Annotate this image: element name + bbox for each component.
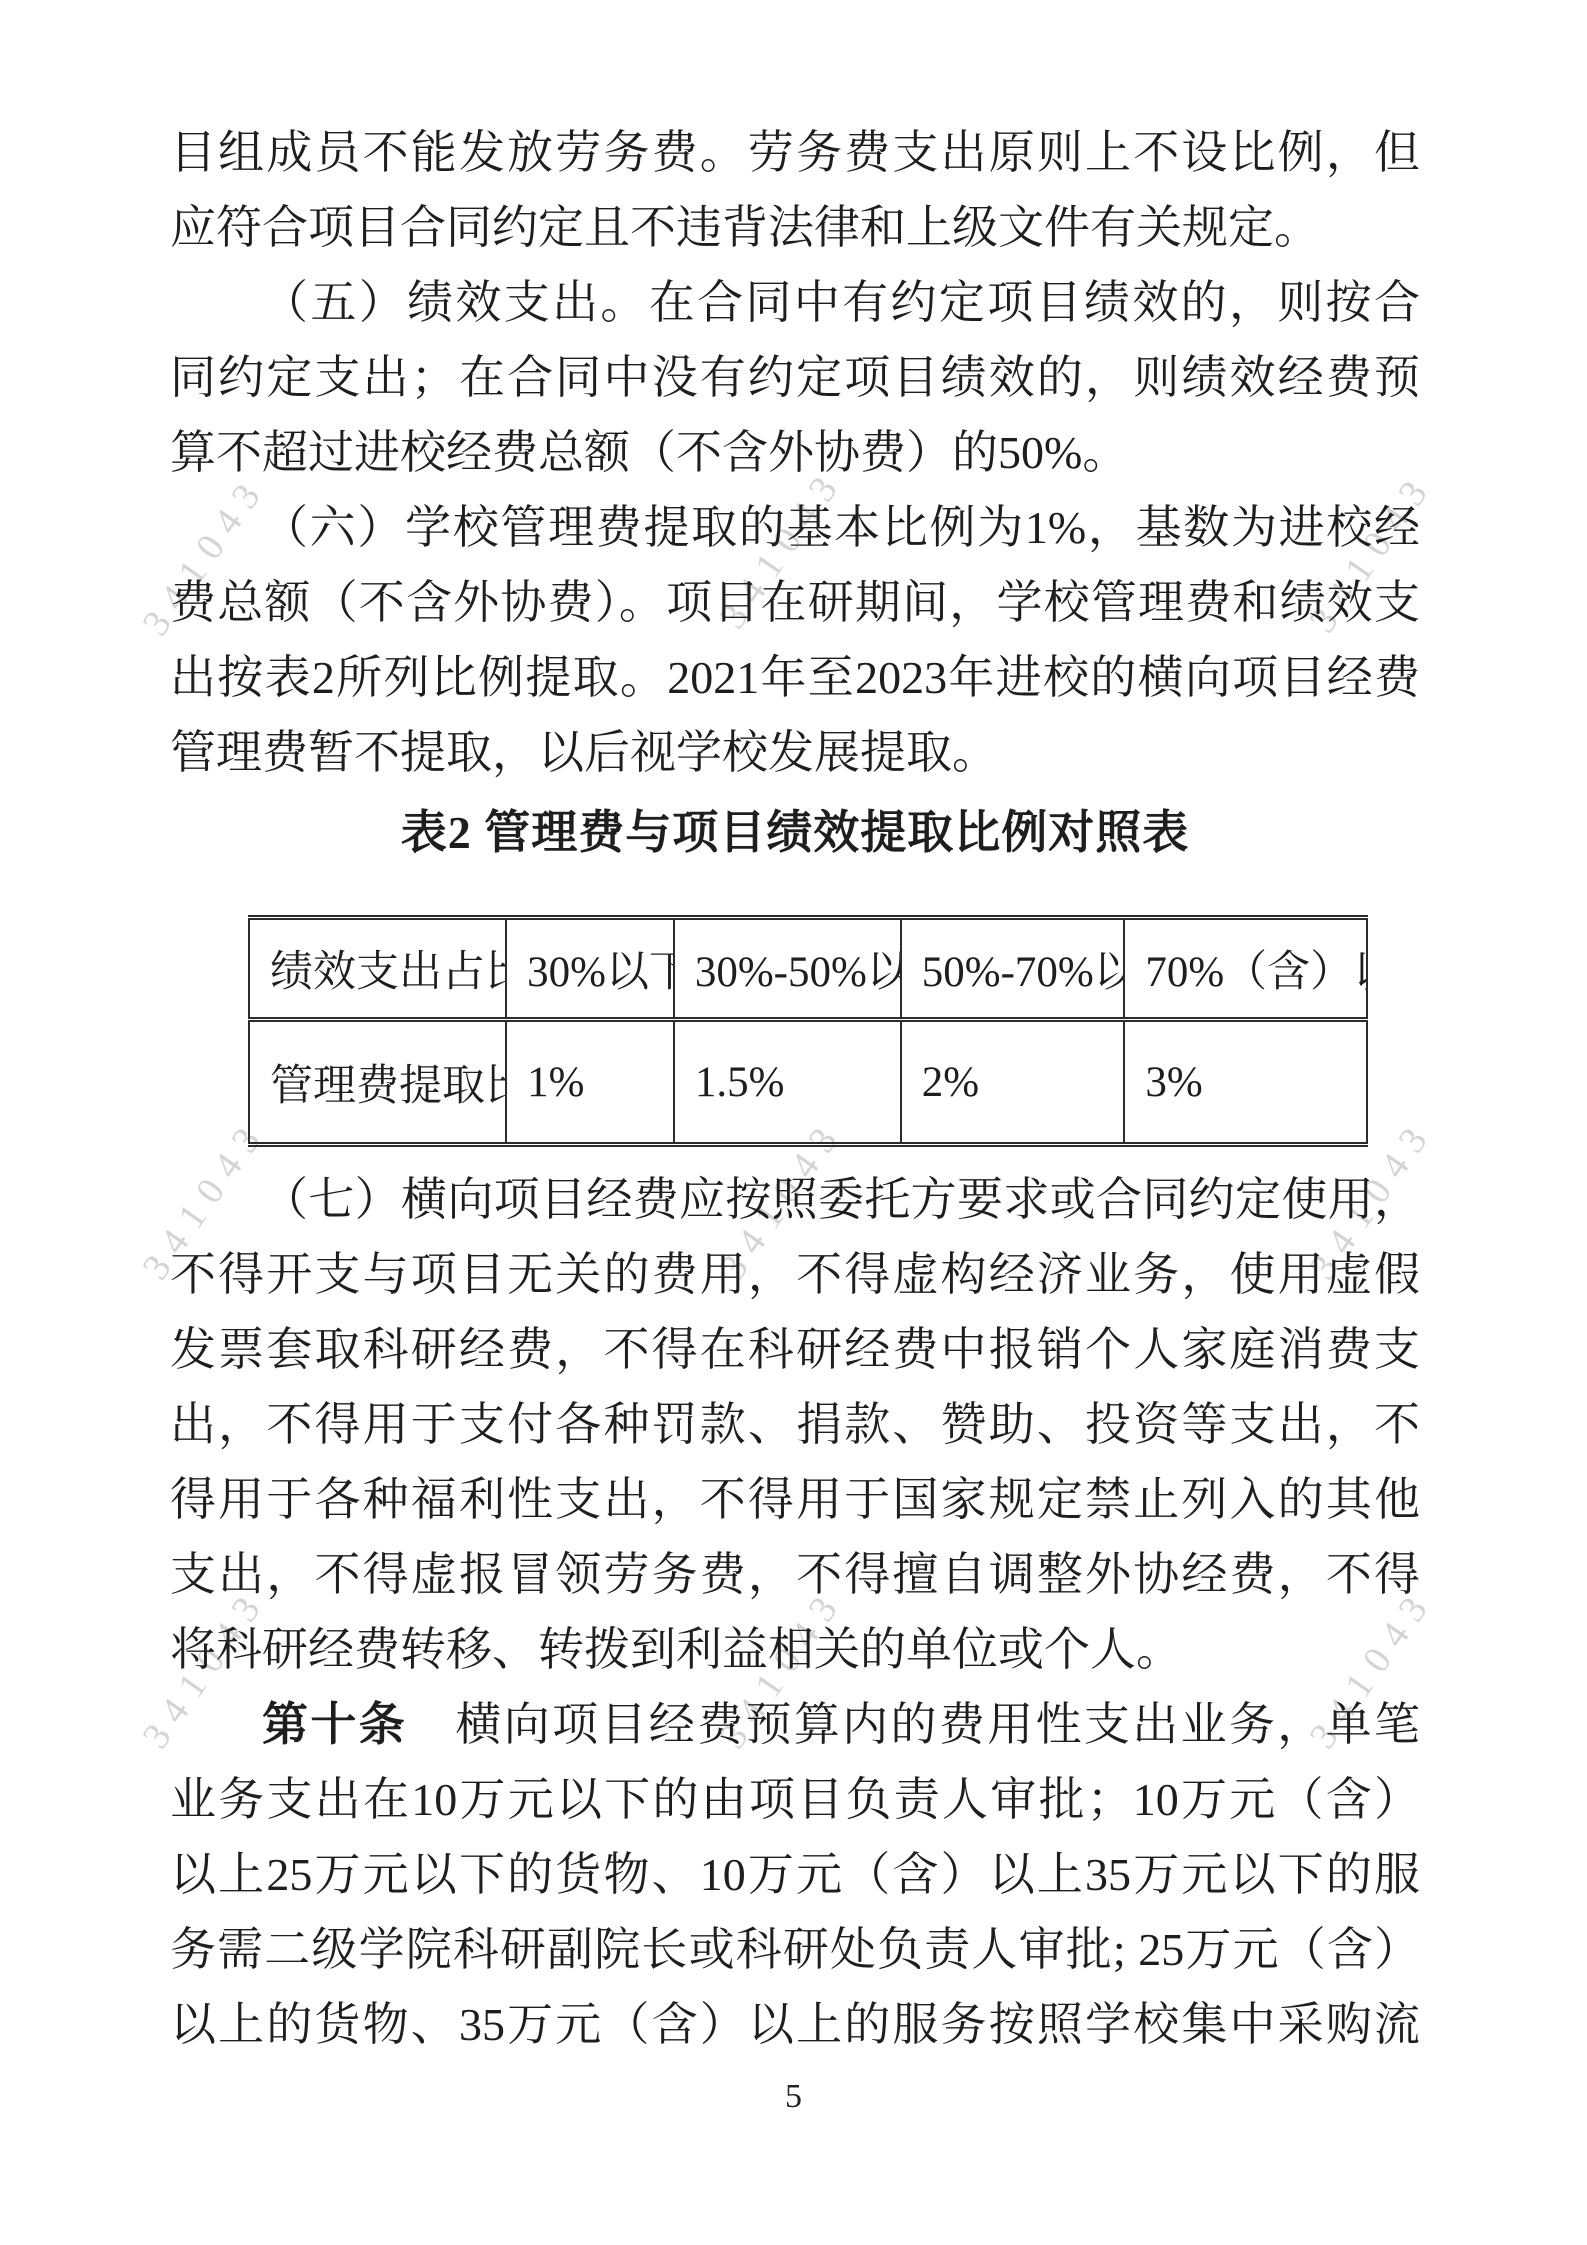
text-line: 目组成员不能发放劳务费。劳务费支出原则上不设比例，但 <box>170 115 1420 190</box>
text-line: 同约定支出；在合同中没有约定项目绩效的，则绩效经费预 <box>170 340 1420 415</box>
text-line: 算不超过进校经费总额（不含外协费）的50%。 <box>170 415 1420 490</box>
ratio-table-wrapper: 绩效支出占比30%以下30%-50%以下50%-70%以下70%（含）以上管理费… <box>248 915 1368 1147</box>
table-cell: 1% <box>506 1020 674 1145</box>
text-line: （五）绩效支出。在合同中有约定项目绩效的，则按合 <box>170 265 1420 340</box>
table-cell: 管理费提取比例 <box>249 1020 506 1145</box>
table-cell: 30%以下 <box>506 918 674 1020</box>
body-text-continued: （七）横向项目经费应按照委托方要求或合同约定使用，不得开支与项目无关的费用，不得… <box>170 1162 1420 2062</box>
text-line: 费总额（不含外协费）。项目在研期间，学校管理费和绩效支 <box>170 565 1420 640</box>
table-cell: 1.5% <box>674 1020 901 1145</box>
table-cell: 2% <box>901 1020 1125 1145</box>
ratio-table: 绩效支出占比30%以下30%-50%以下50%-70%以下70%（含）以上管理费… <box>248 915 1368 1147</box>
body-text: 目组成员不能发放劳务费。劳务费支出原则上不设比例，但应符合项目合同约定且不违背法… <box>170 115 1420 790</box>
table-cell: 50%-70%以下 <box>901 918 1125 1020</box>
text-line: （六）学校管理费提取的基本比例为1%，基数为进校经 <box>170 490 1420 565</box>
text-line: 支出，不得虚报冒领劳务费，不得擅自调整外协经费，不得 <box>170 1537 1420 1612</box>
text-line: 管理费暂不提取，以后视学校发展提取。 <box>170 715 1420 790</box>
document-page: 3410433410433410433410433410433410433410… <box>0 0 1587 2245</box>
table-title: 表2 管理费与项目绩效提取比例对照表 <box>170 795 1420 870</box>
text-line: 将科研经费转移、转拨到利益相关的单位或个人。 <box>170 1612 1420 1687</box>
table-row: 管理费提取比例1%1.5%2%3% <box>249 1020 1367 1145</box>
text-line: 得用于各种福利性支出，不得用于国家规定禁止列入的其他 <box>170 1462 1420 1537</box>
section-heading: 第十条 <box>262 1699 407 1750</box>
text-line: 业务支出在10万元以下的由项目负责人审批；10万元（含） <box>170 1762 1420 1837</box>
page-number: 5 <box>0 2072 1587 2122</box>
table-row: 绩效支出占比30%以下30%-50%以下50%-70%以下70%（含）以上 <box>249 918 1367 1020</box>
text-line: 出按表2所列比例提取。2021年至2023年进校的横向项目经费 <box>170 640 1420 715</box>
text-line: 以上的货物、35万元（含）以上的服务按照学校集中采购流 <box>170 1987 1420 2062</box>
table-cell: 3% <box>1124 1020 1367 1145</box>
text-line: 第十条 横向项目经费预算内的费用性支出业务，单笔 <box>170 1687 1420 1762</box>
table-cell: 70%（含）以上 <box>1124 918 1367 1020</box>
text-line: 务需二级学院科研副院长或科研处负责人审批; 25万元（含） <box>170 1912 1420 1987</box>
text-line: 应符合项目合同约定且不违背法律和上级文件有关规定。 <box>170 190 1420 265</box>
text-line: 出，不得用于支付各种罚款、捐款、赞助、投资等支出，不 <box>170 1387 1420 1462</box>
text-line: 发票套取科研经费，不得在科研经费中报销个人家庭消费支 <box>170 1312 1420 1387</box>
text-line: 以上25万元以下的货物、10万元（含）以上35万元以下的服 <box>170 1837 1420 1912</box>
table-cell: 绩效支出占比 <box>249 918 506 1020</box>
table-cell: 30%-50%以下 <box>674 918 901 1020</box>
text-line: （七）横向项目经费应按照委托方要求或合同约定使用， <box>170 1162 1420 1237</box>
text-line: 不得开支与项目无关的费用，不得虚构经济业务，使用虚假 <box>170 1237 1420 1312</box>
table-body: 绩效支出占比30%以下30%-50%以下50%-70%以下70%（含）以上管理费… <box>249 918 1367 1145</box>
